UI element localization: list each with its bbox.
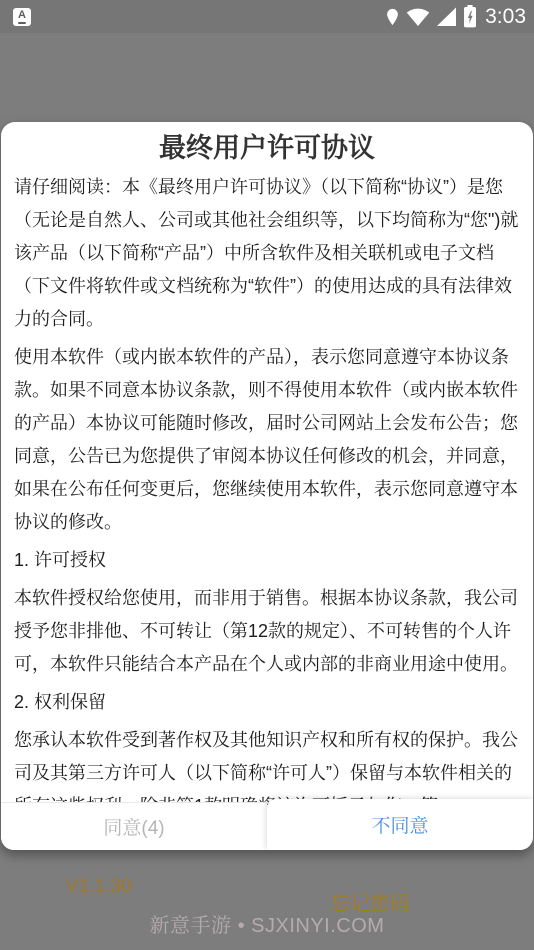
dialog-button-bar: 同意(4) 不同意 [1, 799, 533, 850]
app-version-label: V1.1.30 [66, 876, 132, 898]
battery-charging-icon [463, 5, 477, 28]
status-bar: A [0, 0, 534, 33]
status-icons: 3:03 [385, 0, 528, 33]
eula-paragraph: 本软件授权给您使用，而非用于销售。根据本协议条款，我公司授予您非排他、不可转让（… [14, 582, 520, 681]
location-icon [385, 7, 400, 27]
eula-dialog: 最终用户许可协议 请仔细阅读：本《最终用户许可协议》（以下简称“协议”）是您（无… [1, 122, 533, 850]
wifi-icon [406, 7, 430, 27]
brand-footer: 新意手游 • SJXINYI.COM [0, 909, 534, 938]
eula-paragraph: 请仔细阅读：本《最终用户许可协议》（以下简称“协议”）是您（无论是自然人、公司或… [14, 171, 520, 336]
dialog-title: 最终用户许可协议 [1, 129, 533, 167]
notification-app-icon: A [13, 8, 31, 26]
screen: A [0, 0, 534, 950]
eula-section-heading: 2. 权利保留 [14, 686, 520, 719]
disagree-button[interactable]: 不同意 [267, 799, 533, 850]
agree-countdown-button[interactable]: 同意(4) [1, 802, 267, 850]
cellular-signal-icon [436, 7, 457, 27]
eula-section-heading: 1. 许可授权 [14, 544, 520, 577]
eula-paragraph: 使用本软件（或内嵌本软件的产品），表示您同意遵守本协议条款。如果不同意本协议条款… [14, 341, 520, 539]
app-badge-underline [18, 22, 26, 24]
app-badge-letter: A [18, 10, 26, 21]
eula-text-scroll-area[interactable]: 请仔细阅读：本《最终用户许可协议》（以下简称“协议”）是您（无论是自然人、公司或… [1, 169, 533, 850]
status-time: 3:03 [485, 0, 526, 33]
